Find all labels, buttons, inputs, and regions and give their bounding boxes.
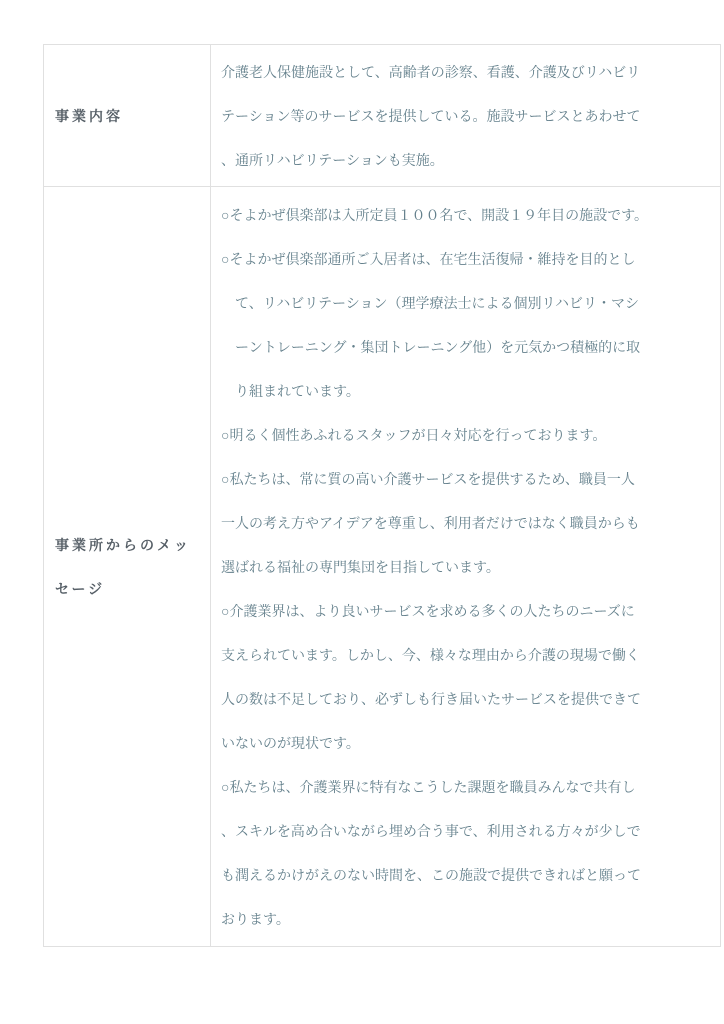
table-row-business-description: 事業内容 介護老人保健施設として、高齢者の診察、看護、介護及びリハビリ テーショ… (44, 45, 721, 187)
facility-info-table: 事業内容 介護老人保健施設として、高齢者の診察、看護、介護及びリハビリ テーショ… (43, 44, 721, 947)
page: 事業内容 介護老人保健施設として、高齢者の診察、看護、介護及びリハビリ テーショ… (0, 0, 724, 1024)
table-row-office-message: 事業所からのメッ セージ ○そよかぜ倶楽部は入所定員１００名で、開設１９年目の施… (44, 187, 721, 947)
office-message-text: ○そよかぜ倶楽部は入所定員１００名で、開設１９年目の施設です。 ○そよかぜ倶楽部… (211, 187, 721, 947)
business-description-text: 介護老人保健施設として、高齢者の診察、看護、介護及びリハビリ テーション等のサー… (211, 45, 721, 187)
row-label-business-description: 事業内容 (44, 45, 211, 187)
row-label-office-message: 事業所からのメッ セージ (44, 187, 211, 947)
